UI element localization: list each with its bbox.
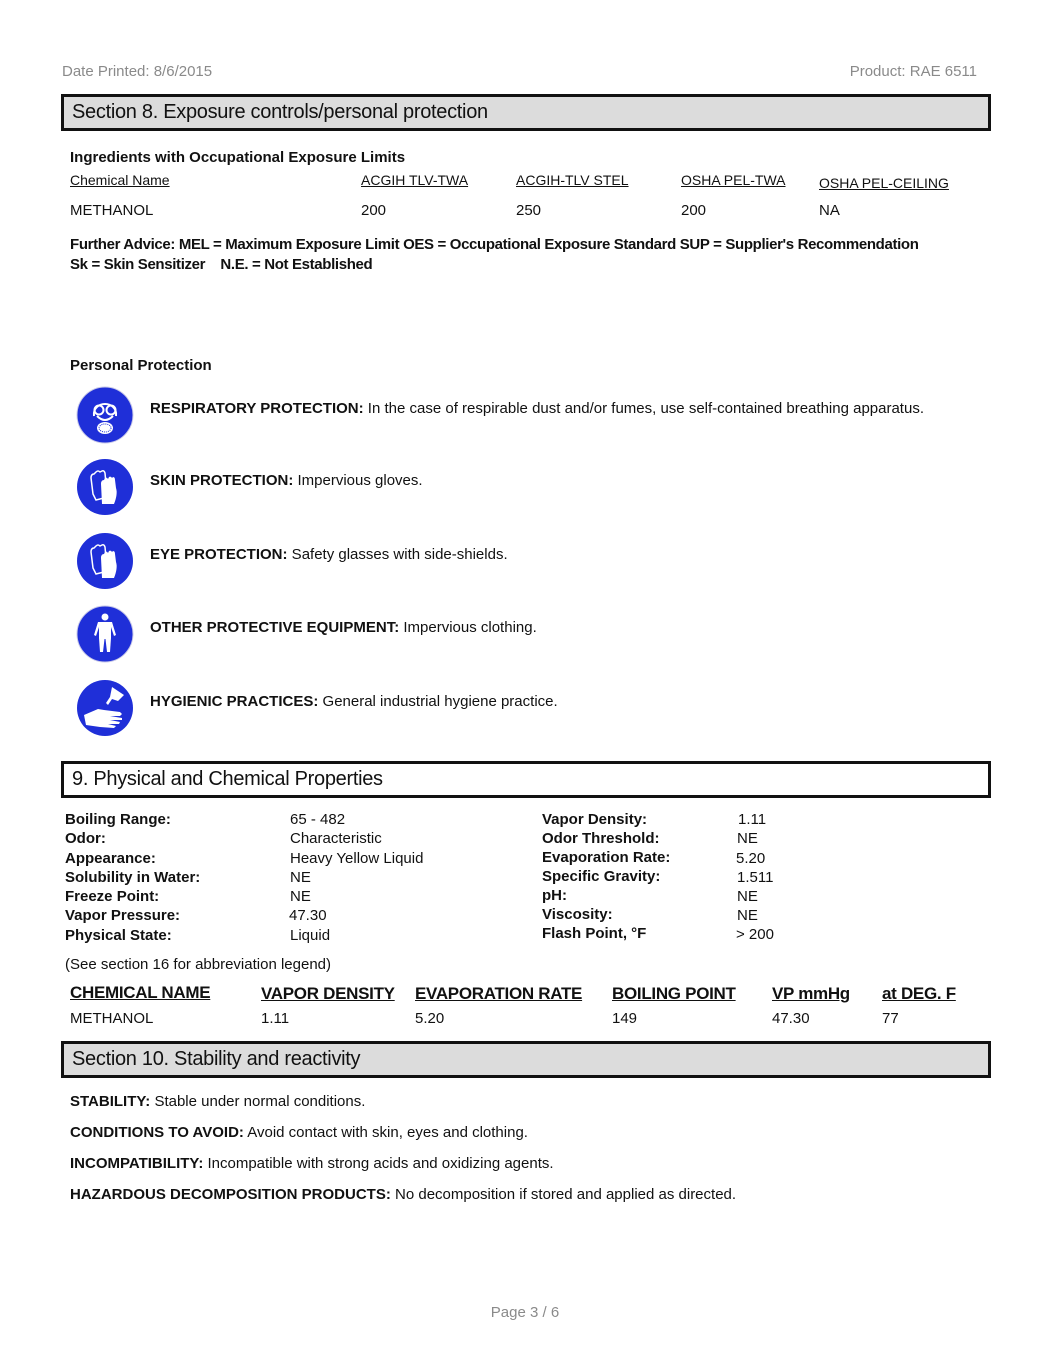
property-value: 5.20 [736, 850, 765, 867]
property-label: Odor: [65, 830, 106, 847]
ppe-description: Impervious gloves. [293, 472, 422, 489]
ppe-text: SKIN PROTECTION: Impervious gloves. [150, 472, 423, 489]
ppe-label: EYE PROTECTION: [150, 546, 288, 563]
hazardous-decomposition-label: HAZARDOUS DECOMPOSITION PRODUCTS: [70, 1186, 391, 1203]
ppe-item-skin: SKIN PROTECTION: Impervious gloves. [76, 458, 976, 516]
column-header: VAPOR DENSITY [261, 984, 395, 1004]
property-label: Specific Gravity: [542, 868, 660, 885]
table-cell: 250 [516, 202, 541, 219]
property-value: NE [290, 869, 311, 886]
personal-protection-title: Personal Protection [70, 357, 212, 374]
property-label: Freeze Point: [65, 888, 159, 905]
section-9-header: 9. Physical and Chemical Properties [61, 761, 991, 798]
property-label: Physical State: [65, 927, 172, 944]
column-header: at DEG. F [882, 984, 956, 1004]
table-cell: 77 [882, 1010, 899, 1027]
ppe-text: RESPIRATORY PROTECTION: In the case of r… [150, 400, 924, 417]
property-value: Liquid [290, 927, 330, 944]
table-cell: 200 [681, 202, 706, 219]
property-value: 65 - 482 [290, 811, 345, 828]
incompatibility-text: Incompatible with strong acids and oxidi… [203, 1155, 553, 1172]
ppe-label: HYGIENIC PRACTICES: [150, 693, 318, 710]
protective-suit-icon [76, 605, 134, 663]
hand-washing-icon [76, 679, 134, 737]
property-value: > 200 [736, 926, 774, 943]
property-label: Boiling Range: [65, 811, 171, 828]
property-label: Vapor Pressure: [65, 907, 180, 924]
conditions-to-avoid-item: CONDITIONS TO AVOID: Avoid contact with … [70, 1124, 528, 1141]
section-8-title: Section 8. Exposure controls/personal pr… [72, 101, 488, 123]
property-label: Flash Point, °F [542, 925, 646, 942]
property-value: NE [290, 888, 311, 905]
column-header: EVAPORATION RATE [415, 984, 582, 1004]
page-number: Page 3 / 6 [0, 1304, 1050, 1321]
table-cell: 1.11 [261, 1010, 289, 1027]
date-printed: Date Printed: 8/6/2015 [62, 63, 212, 80]
ppe-description: General industrial hygiene practice. [318, 693, 557, 710]
property-label: pH: [542, 887, 567, 904]
conditions-label: CONDITIONS TO AVOID: [70, 1124, 244, 1141]
property-label: Odor Threshold: [542, 830, 660, 847]
table-cell: 200 [361, 202, 386, 219]
hazardous-decomposition-text: No decomposition if stored and applied a… [391, 1186, 736, 1203]
ppe-text: HYGIENIC PRACTICES: General industrial h… [150, 693, 558, 710]
column-header: VP mmHg [772, 984, 850, 1004]
table-cell: 5.20 [415, 1010, 444, 1027]
column-header: ACGIH TLV-TWA [361, 172, 468, 188]
property-value: NE [737, 888, 758, 905]
hazardous-decomposition-item: HAZARDOUS DECOMPOSITION PRODUCTS: No dec… [70, 1186, 736, 1203]
ingredients-title: Ingredients with Occupational Exposure L… [70, 149, 405, 166]
column-header: OSHA PEL-CEILING [819, 175, 949, 191]
column-header: OSHA PEL-TWA [681, 172, 786, 188]
ppe-label: RESPIRATORY PROTECTION: [150, 400, 364, 417]
respirator-icon [76, 386, 134, 444]
column-header: ACGIH-TLV STEL [516, 172, 629, 188]
abbreviation-note: (See section 16 for abbreviation legend) [65, 956, 331, 973]
column-header: Chemical Name [70, 172, 170, 188]
table-cell: 149 [612, 1010, 637, 1027]
property-label: Evaporation Rate: [542, 849, 670, 866]
property-label: Appearance: [65, 850, 156, 867]
property-value: Heavy Yellow Liquid [290, 850, 423, 867]
property-label: Vapor Density: [542, 811, 647, 828]
table-cell: METHANOL [70, 202, 153, 219]
ppe-description: In the case of respirable dust and/or fu… [364, 400, 924, 417]
column-header: BOILING POINT [612, 984, 736, 1004]
ppe-item-other: OTHER PROTECTIVE EQUIPMENT: Impervious c… [76, 605, 976, 663]
incompatibility-label: INCOMPATIBILITY: [70, 1155, 203, 1172]
further-advice-line-1: Further Advice: MEL = Maximum Exposure L… [70, 236, 919, 253]
stability-item: STABILITY: Stable under normal condition… [70, 1093, 365, 1110]
table-cell: 47.30 [772, 1010, 810, 1027]
column-header: CHEMICAL NAME [70, 983, 210, 1003]
gloves-icon [76, 458, 134, 516]
property-value: 1.11 [738, 811, 766, 828]
property-value: NE [737, 830, 758, 847]
stability-label: STABILITY: [70, 1093, 150, 1110]
section-9-title: 9. Physical and Chemical Properties [72, 768, 383, 790]
gloves-icon [76, 532, 134, 590]
property-value: 47.30 [289, 907, 327, 924]
table-cell: NA [819, 202, 840, 219]
property-value: 1.511 [737, 869, 773, 886]
ppe-description: Safety glasses with side-shields. [288, 546, 508, 563]
property-label: Viscosity: [542, 906, 613, 923]
ppe-text: EYE PROTECTION: Safety glasses with side… [150, 546, 508, 563]
incompatibility-item: INCOMPATIBILITY: Incompatible with stron… [70, 1155, 554, 1172]
ppe-text: OTHER PROTECTIVE EQUIPMENT: Impervious c… [150, 619, 537, 636]
section-8-header: Section 8. Exposure controls/personal pr… [61, 94, 991, 131]
stability-text: Stable under normal conditions. [150, 1093, 365, 1110]
ppe-item-hygienic: HYGIENIC PRACTICES: General industrial h… [76, 679, 976, 737]
property-label: Solubility in Water: [65, 869, 200, 886]
conditions-text: Avoid contact with skin, eyes and clothi… [244, 1124, 528, 1141]
table-cell: METHANOL [70, 1010, 153, 1027]
ppe-item-eye: EYE PROTECTION: Safety glasses with side… [76, 532, 976, 590]
ppe-item-respiratory: RESPIRATORY PROTECTION: In the case of r… [76, 386, 976, 444]
property-value: Characteristic [290, 830, 382, 847]
product-label: Product: RAE 6511 [850, 63, 977, 80]
ppe-label: SKIN PROTECTION: [150, 472, 293, 489]
section-10-title: Section 10. Stability and reactivity [72, 1048, 360, 1070]
ppe-label: OTHER PROTECTIVE EQUIPMENT: [150, 619, 399, 636]
ppe-description: Impervious clothing. [399, 619, 537, 636]
property-value: NE [737, 907, 758, 924]
further-advice-line-2: Sk = Skin Sensitizer N.E. = Not Establis… [70, 256, 372, 273]
section-10-header: Section 10. Stability and reactivity [61, 1041, 991, 1078]
